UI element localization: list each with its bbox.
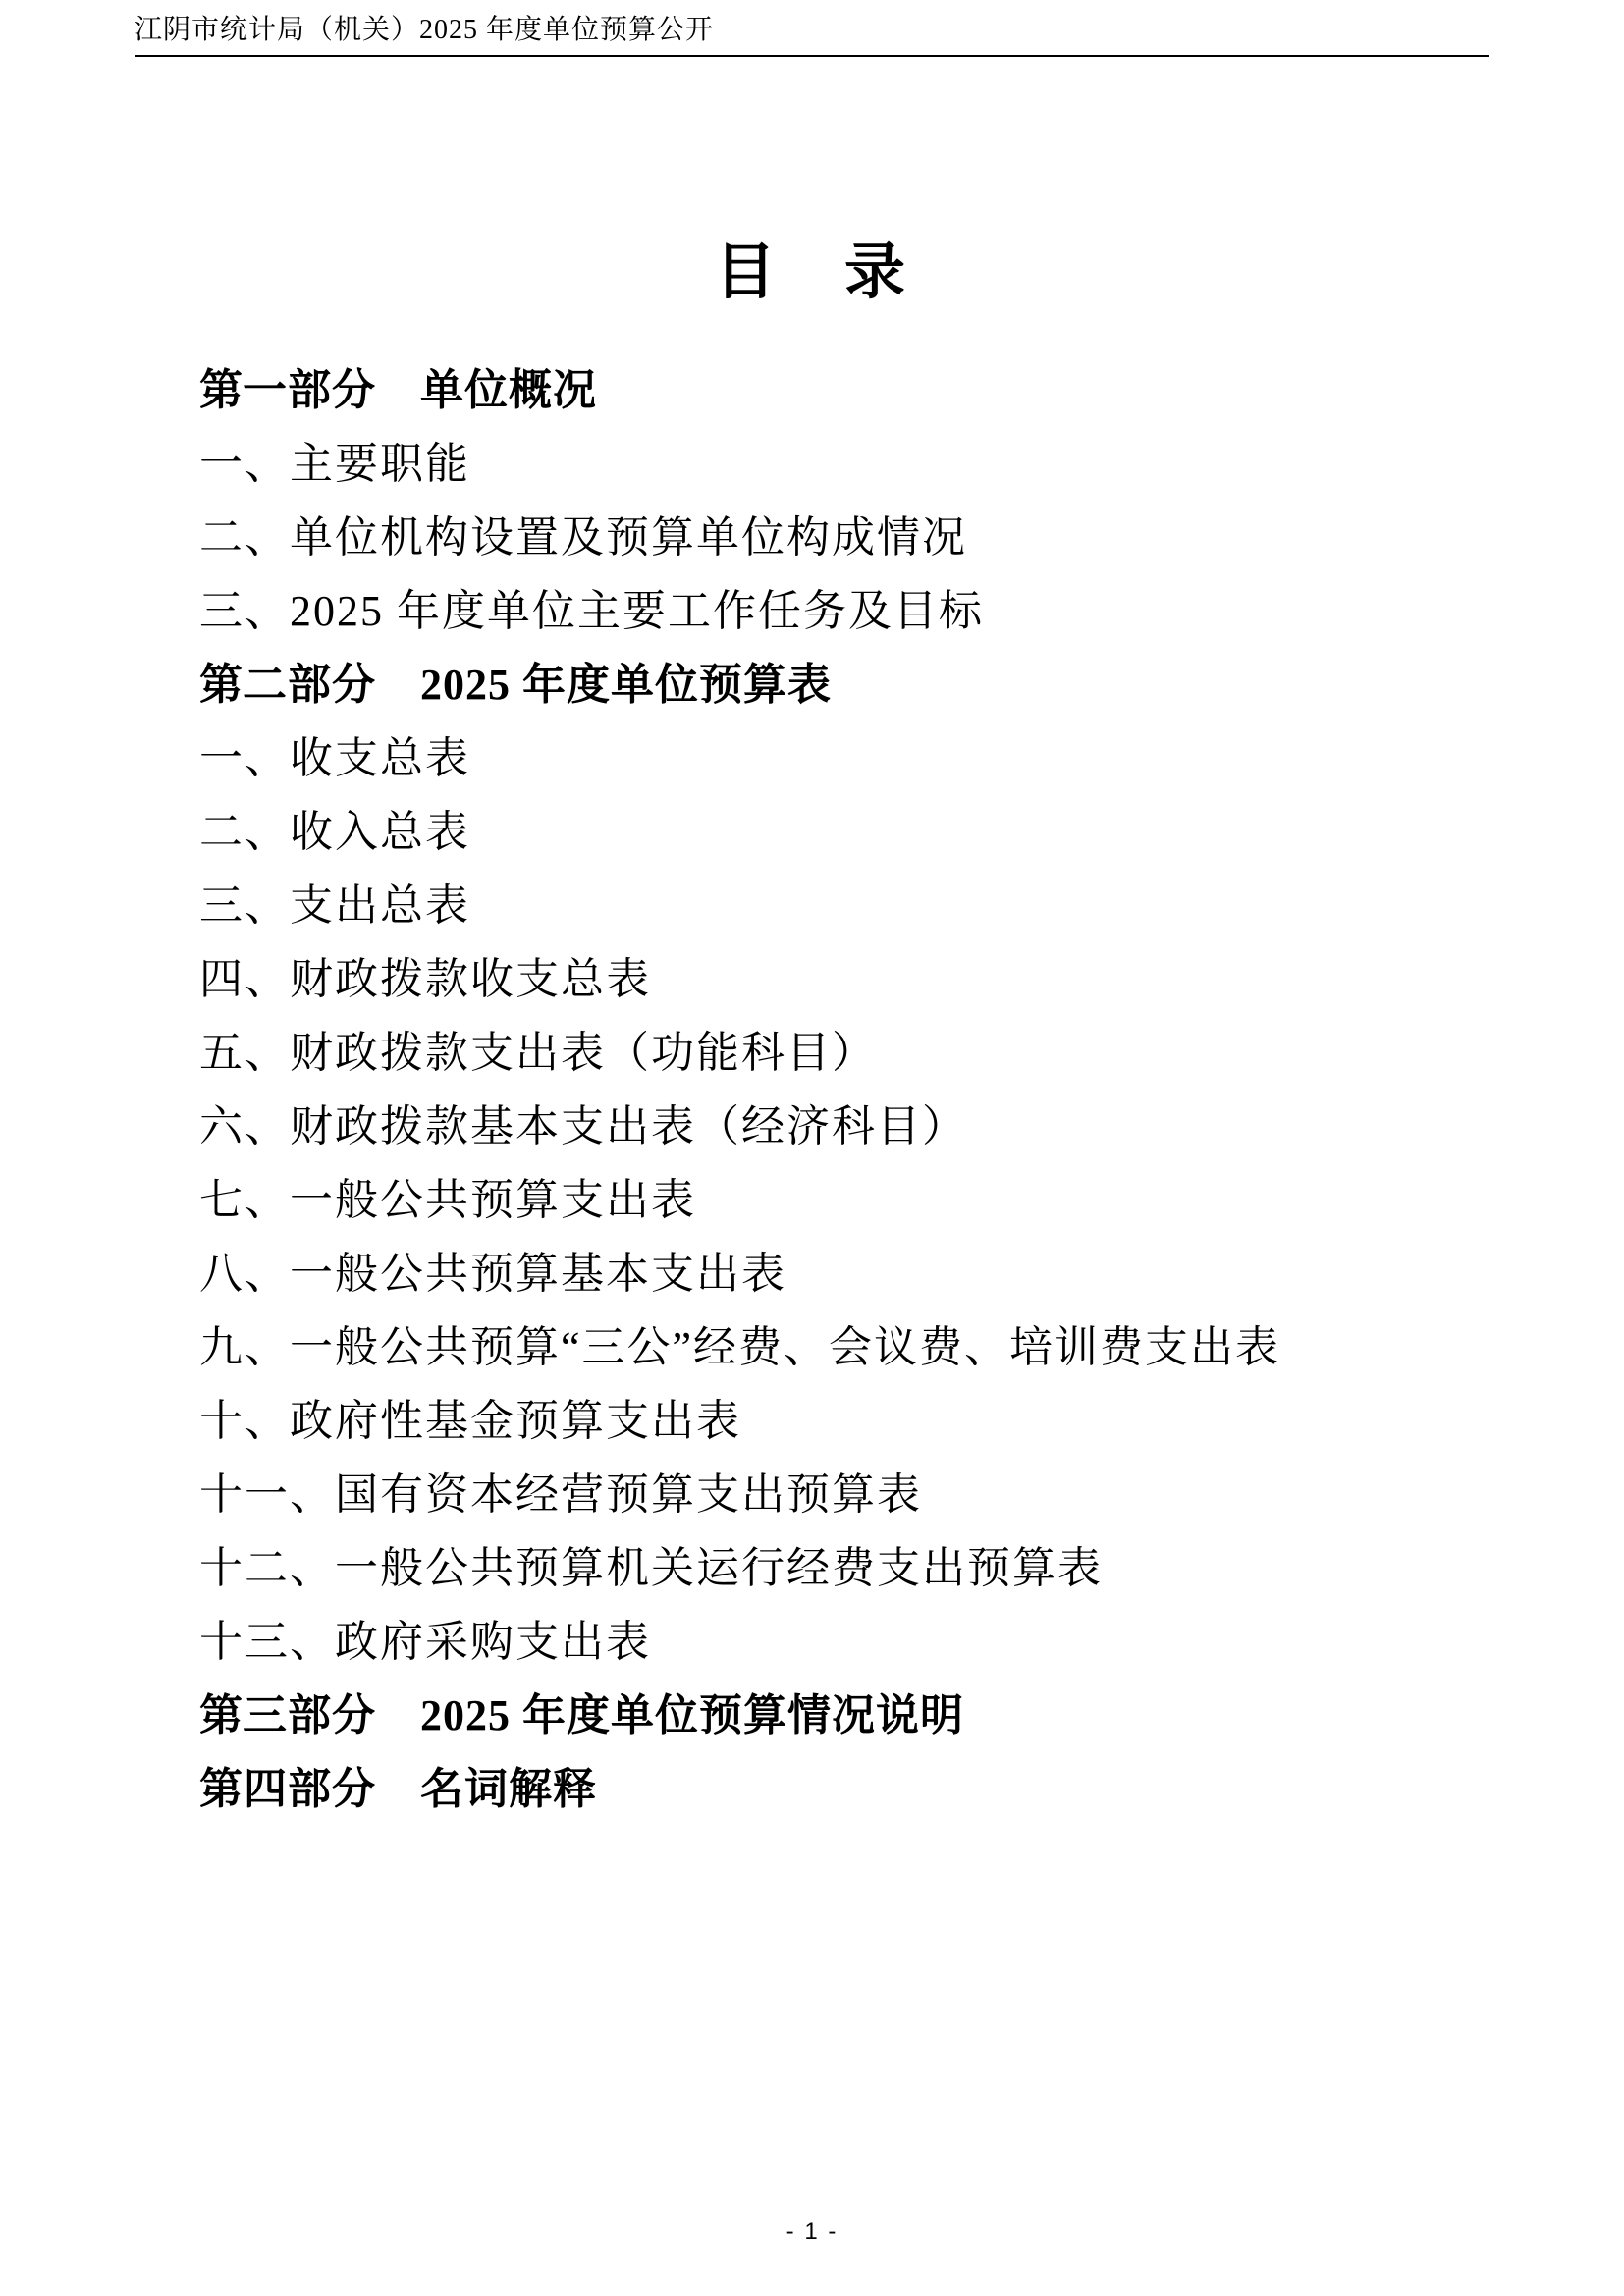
toc-entry: 十、政府性基金预算支出表: [199, 1384, 1526, 1458]
toc-section-heading: 第二部分 2025 年度单位预算表: [199, 648, 1526, 721]
toc-entry: 一、主要职能: [199, 427, 1526, 501]
toc-list: 第一部分 单位概况一、主要职能二、单位机构设置及预算单位构成情况三、2025 年…: [199, 353, 1526, 1826]
toc-entry: 三、支出总表: [199, 869, 1526, 942]
toc-entry: 十二、一般公共预算机关运行经费支出预算表: [199, 1531, 1526, 1605]
page-header-title: 江阴市统计局（机关）2025 年度单位预算公开: [135, 15, 714, 45]
toc-entry: 八、一般公共预算基本支出表: [199, 1237, 1526, 1310]
toc-title: 目 录: [0, 236, 1624, 310]
toc-entry: 九、一般公共预算“三公”经费、会议费、培训费支出表: [199, 1310, 1526, 1384]
document-page: 江阴市统计局（机关）2025 年度单位预算公开 目 录 第一部分 单位概况一、主…: [0, 0, 1624, 2296]
toc-entry: 二、收入总表: [199, 795, 1526, 869]
toc-section-heading: 第四部分 名词解释: [199, 1752, 1526, 1826]
toc-entry: 二、单位机构设置及预算单位构成情况: [199, 501, 1526, 574]
toc-entry: 四、财政拨款收支总表: [199, 942, 1526, 1016]
toc-entry: 十一、国有资本经营预算支出预算表: [199, 1458, 1526, 1531]
toc-entry: 十三、政府采购支出表: [199, 1605, 1526, 1679]
toc-entry: 一、收支总表: [199, 721, 1526, 795]
toc-entry: 三、2025 年度单位主要工作任务及目标: [199, 574, 1526, 648]
toc-section-heading: 第一部分 单位概况: [199, 353, 1526, 427]
page-header: 江阴市统计局（机关）2025 年度单位预算公开: [135, 14, 1489, 57]
toc-entry: 七、一般公共预算支出表: [199, 1163, 1526, 1237]
toc-section-heading: 第三部分 2025 年度单位预算情况说明: [199, 1679, 1526, 1752]
toc-entry: 五、财政拨款支出表（功能科目）: [199, 1016, 1526, 1090]
page-number: - 1 -: [0, 2218, 1624, 2246]
toc-entry: 六、财政拨款基本支出表（经济科目）: [199, 1090, 1526, 1163]
